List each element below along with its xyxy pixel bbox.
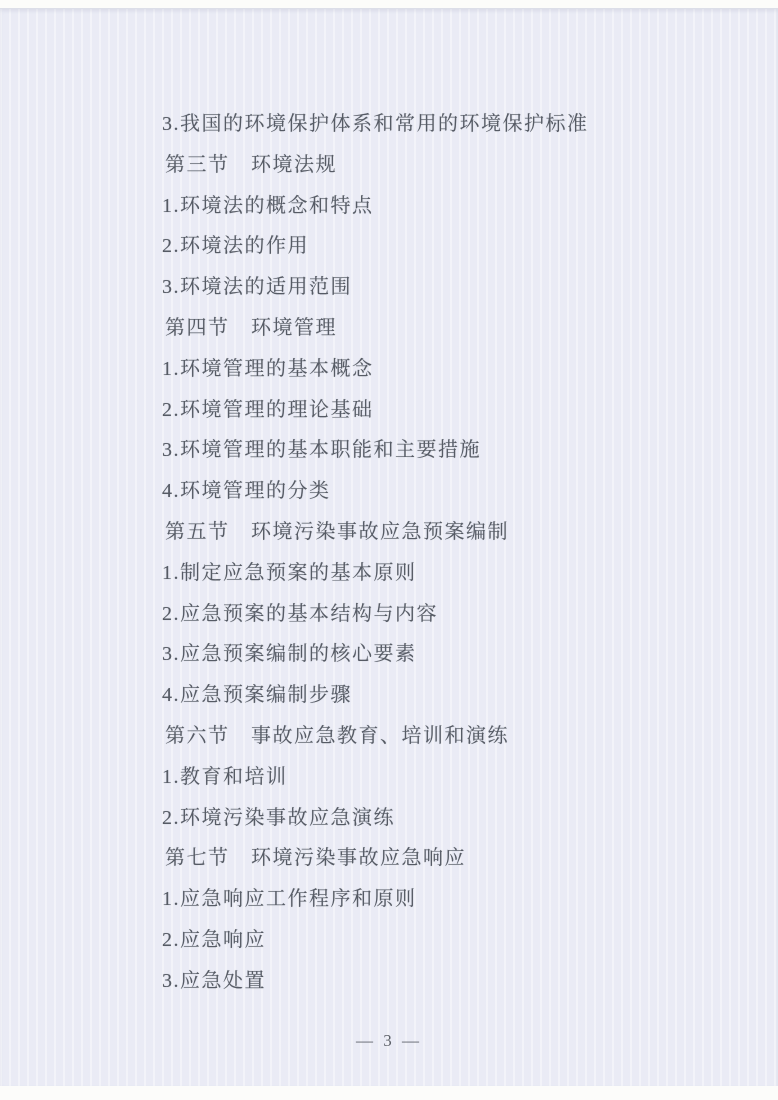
outline-item: 4.应急预案编制步骤 <box>162 675 722 716</box>
section-heading: 第五节 环境污染事故应急预案编制 <box>162 512 722 553</box>
outline-item: 2.环境污染事故应急演练 <box>162 798 722 839</box>
outline-item: 3.应急预案编制的核心要素 <box>162 634 722 675</box>
section-heading: 第七节 环境污染事故应急响应 <box>162 838 722 879</box>
outline-item: 2.应急响应 <box>162 920 722 961</box>
outline-item: 1.教育和培训 <box>162 757 722 798</box>
outline-item: 3.我国的环境保护体系和常用的环境保护标准 <box>162 104 722 145</box>
outline-item: 3.环境管理的基本职能和主要措施 <box>162 430 722 471</box>
outline-item: 3.应急处置 <box>162 961 722 1002</box>
page-number: — 3 — <box>0 1030 778 1051</box>
outline-item: 4.环境管理的分类 <box>162 471 722 512</box>
outline-item: 3.环境法的适用范围 <box>162 267 722 308</box>
outline-item: 1.环境管理的基本概念 <box>162 349 722 390</box>
section-heading: 第四节 环境管理 <box>162 308 722 349</box>
outline-item: 2.应急预案的基本结构与内容 <box>162 594 722 635</box>
outline-item: 2.环境法的作用 <box>162 226 722 267</box>
outline-item: 1.制定应急预案的基本原则 <box>162 553 722 594</box>
section-heading: 第六节 事故应急教育、培训和演练 <box>162 716 722 757</box>
document-page: 3.我国的环境保护体系和常用的环境保护标准 第三节 环境法规 1.环境法的概念和… <box>0 8 778 1086</box>
outline-item: 1.应急响应工作程序和原则 <box>162 879 722 920</box>
section-heading: 第三节 环境法规 <box>162 145 722 186</box>
outline-item: 1.环境法的概念和特点 <box>162 186 722 227</box>
outline-item: 2.环境管理的理论基础 <box>162 390 722 431</box>
toc-content: 3.我国的环境保护体系和常用的环境保护标准 第三节 环境法规 1.环境法的概念和… <box>162 104 722 1002</box>
